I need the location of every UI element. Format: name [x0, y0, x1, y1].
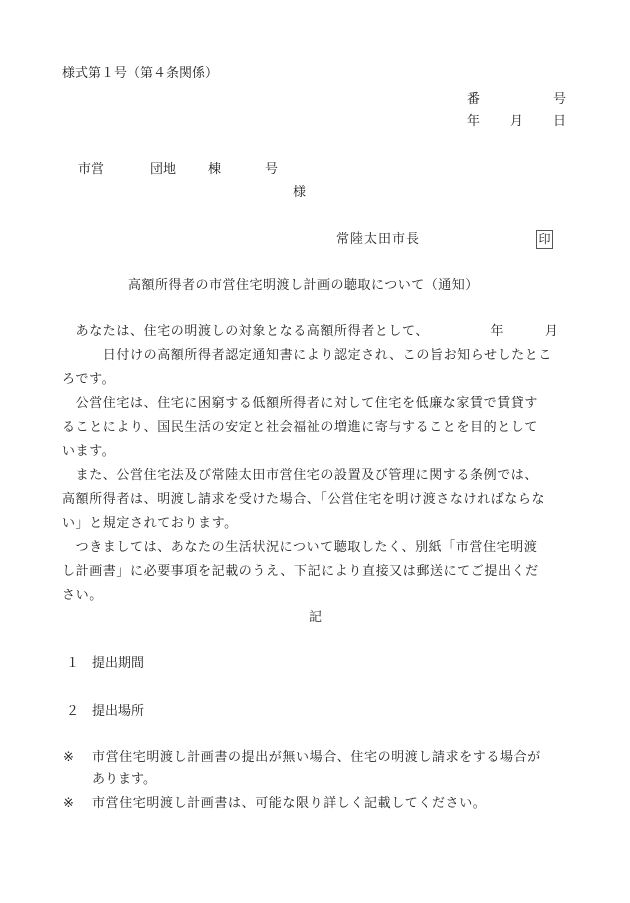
- note-mark: ※: [63, 796, 74, 812]
- paragraph-line: い」と規定されております。: [62, 516, 238, 532]
- sender-name: 常陸太田市長: [336, 232, 420, 248]
- item-number: ２: [66, 704, 79, 720]
- document-number-suffix: 号: [553, 92, 566, 108]
- date-month: 月: [510, 114, 523, 130]
- addressee-building: 棟: [208, 162, 221, 178]
- note-mark: ※: [63, 750, 74, 766]
- ki-heading: 記: [309, 610, 322, 626]
- seal-mark: 印: [536, 230, 553, 249]
- date-day: 日: [553, 114, 566, 130]
- addressee-city-housing: 市営: [78, 162, 104, 178]
- document-number-label: 番: [467, 92, 480, 108]
- note-line: 市営住宅明渡し計画書は、可能な限り詳しく記載してください。: [92, 796, 486, 812]
- note-line: 市営住宅明渡し計画書の提出が無い場合、住宅の明渡し請求をする場合が: [92, 750, 541, 766]
- item-number: １: [66, 656, 79, 672]
- paragraph-line: つきましては、あなたの生活状況について聴取したく、別紙「市営住宅明渡: [62, 540, 537, 556]
- form-label: 様式第１号（第４条関係）: [62, 66, 218, 82]
- paragraph-line: います。: [62, 444, 115, 460]
- addressee-honorific: 様: [293, 185, 306, 201]
- paragraph-line: 公営住宅は、住宅に困窮する低額所得者に対して住宅を低廉な家賃で賃貸す: [62, 396, 538, 412]
- item-label: 提出場所: [92, 704, 144, 720]
- document-title: 高額所得者の市営住宅明渡し計画の聴取について（通知）: [128, 278, 479, 294]
- paragraph-line: ろです。: [62, 372, 115, 388]
- date-year: 年: [467, 114, 480, 130]
- item-label: 提出期間: [92, 656, 144, 672]
- addressee-complex: 団地: [150, 162, 176, 178]
- paragraph-line: また、公営住宅法及び常陸太田市営住宅の設置及び管理に関する条例では、: [62, 468, 538, 484]
- paragraph-line: さい。: [62, 588, 103, 604]
- paragraph-line: 高額所得者は、明渡し請求を受けた場合、「公営住宅を明け渡さなければならな: [62, 492, 545, 508]
- paragraph-line: あなたは、住宅の明渡しの対象となる高額所得者として、 年 月: [62, 324, 558, 340]
- paragraph-line: し計画書」に必要事項を記載のうえ、下記により直接又は郵送にてご提出くだ: [62, 564, 539, 580]
- paragraph-line: 日付けの高額所得者認定通知書により認定され、この旨お知らせしたとこ: [62, 348, 552, 364]
- paragraph-line: ることにより、国民生活の安定と社会福祉の増進に寄与することを目的として: [62, 420, 538, 436]
- note-line: あります。: [92, 772, 156, 788]
- addressee-number: 号: [265, 162, 278, 178]
